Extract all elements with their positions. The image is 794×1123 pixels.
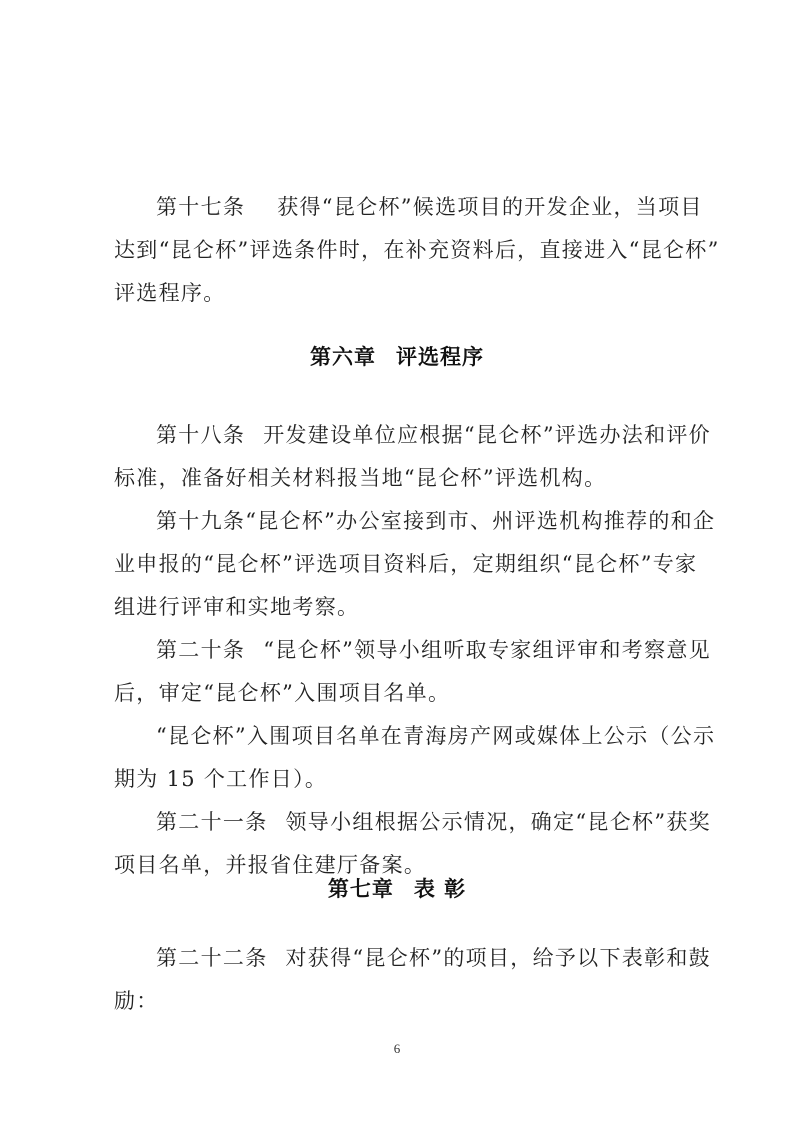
article-17-line-1: 第十七条获得“昆仑杯”候选项目的开发企业，当项目	[156, 193, 684, 221]
page-number: 6	[0, 1041, 794, 1057]
article-22-line-1: 第二十二条对获得“昆仑杯”的项目，给予以下表彰和鼓	[156, 944, 684, 972]
article-18-line-2: 标准，准备好相关材料报当地“昆仑杯”评选机构。	[114, 464, 684, 492]
article-19-line-1: 第十九条“昆仑杯”办公室接到市、州评选机构推荐的和企	[156, 507, 684, 535]
article-20-label: 第二十条	[156, 638, 245, 662]
article-19-line-3: 组进行评审和实地考察。	[114, 593, 684, 621]
article-20-line-2: 后，审定“昆仑杯”入围项目名单。	[114, 679, 684, 707]
article-18-line-1: 第十八条开发建设单位应根据“昆仑杯”评选办法和评价	[156, 421, 684, 449]
article-17-line-3: 评选程序。	[114, 279, 684, 307]
publicity-line-1: “昆仑杯”入围项目名单在青海房产网或媒体上公示（公示	[156, 722, 684, 750]
chapter-7-heading: 第七章表 彰	[0, 875, 794, 903]
article-21-label: 第二十一条	[156, 810, 268, 834]
article-22-line-2: 励：	[114, 987, 684, 1015]
publicity-line-2: 期为 15 个工作日）。	[114, 765, 684, 793]
article-19-line-2: 业申报的“昆仑杯”评选项目资料后，定期组织“昆仑杯”专家	[114, 550, 684, 578]
article-21-line-1: 第二十一条领导小组根据公示情况，确定“昆仑杯”获奖	[156, 808, 684, 836]
article-22-label: 第二十二条	[156, 946, 268, 970]
article-20-line-1: 第二十条“昆仑杯”领导小组听取专家组评审和考察意见	[156, 636, 684, 664]
article-18-label: 第十八条	[156, 423, 245, 447]
article-17-line-2: 达到“昆仑杯”评选条件时，在补充资料后，直接进入“昆仑杯”	[114, 236, 684, 264]
chapter-6-heading: 第六章评选程序	[0, 343, 794, 371]
article-17-label: 第十七条	[156, 195, 245, 219]
